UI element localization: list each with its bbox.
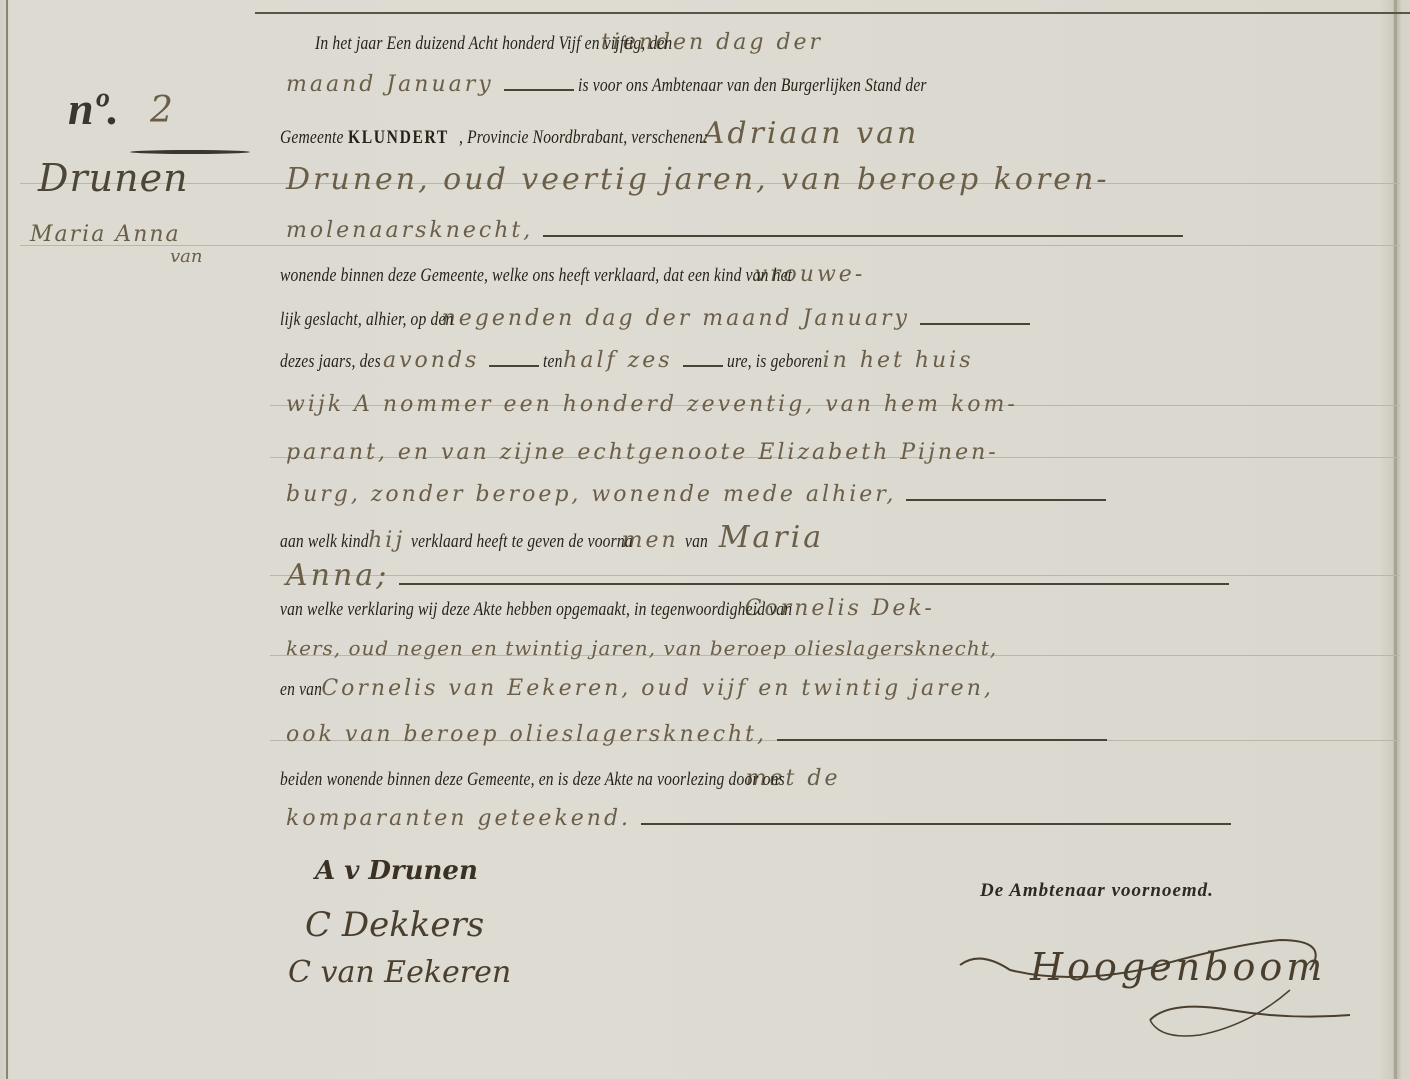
- text-line-11: burg, zonder beroep, wonende mede alhier…: [280, 482, 1110, 507]
- printed-text: wonende binnen deze Gemeente, welke ons …: [280, 265, 792, 287]
- handwritten-text: parant, en van zijne echtgenoote Elizabe…: [286, 440, 999, 465]
- text-line-6: wonende binnen deze Gemeente, welke ons …: [280, 262, 871, 287]
- handwritten-text: Maria: [719, 520, 824, 555]
- page-fold: [1394, 0, 1397, 1079]
- text-line-5: molenaarsknecht,: [280, 218, 1187, 243]
- text-line-4: Drunen, oud veertig jaren, van beroep ko…: [280, 162, 1116, 197]
- text-line-15: kers, oud negen en twintig jaren, van be…: [280, 636, 1003, 660]
- margin-given-names: Maria Anna: [30, 222, 181, 247]
- text-line-3: Gemeente KLUNDERT , Provincie Noordbraba…: [280, 116, 925, 151]
- fill-dash: [489, 365, 539, 367]
- printed-text: van welke verklaring wij deze Akte hebbe…: [280, 599, 792, 621]
- fill-dash: [777, 739, 1107, 741]
- text-line-1: In het jaar Een duizend Acht honderd Vij…: [315, 30, 829, 55]
- text-line-9: wijk A nommer een honderd zeventig, van …: [280, 392, 1024, 417]
- signature-witness-1: C Dekkers: [305, 905, 484, 945]
- page-binding-edge: [6, 0, 8, 1079]
- fill-dash: [920, 323, 1030, 325]
- printed-text: In het jaar Een duizend Acht honderd Vij…: [315, 33, 672, 55]
- handwritten-text: ook van beroep olieslagersknecht,: [286, 722, 767, 747]
- handwritten-text: in het huis: [823, 348, 974, 373]
- record-number: 2: [150, 90, 173, 131]
- printed-text: verklaard heeft te geven de voorna: [411, 531, 633, 553]
- record-number-label: nº.: [68, 82, 119, 135]
- flourish-ornament: [130, 150, 250, 154]
- handwritten-text: burg, zonder beroep, wonende mede alhier…: [286, 482, 896, 507]
- handwritten-text: hij: [368, 528, 405, 553]
- printed-text: van: [685, 531, 708, 553]
- printed-text: ten: [543, 351, 563, 373]
- closing-label: De Ambtenaar voornoemd.: [980, 880, 1214, 902]
- handwritten-text: Cornelis van Eekeren, oud vijf en twinti…: [321, 676, 994, 701]
- signature-witness-2: C van Eekeren: [288, 955, 511, 990]
- signature-flourish: [950, 930, 1370, 1050]
- text-line-8: dezes jaars, des avonds ten half zes ure…: [280, 348, 980, 373]
- margin-prefix: van: [170, 246, 203, 267]
- register-page: nº. 2 Drunen Maria Anna van In het jaar …: [0, 0, 1410, 1079]
- printed-text: Gemeente: [280, 127, 344, 149]
- text-line-14: van welke verklaring wij deze Akte hebbe…: [280, 596, 941, 621]
- handwritten-text: Adriaan van: [703, 116, 920, 151]
- printed-text: en van: [280, 679, 322, 701]
- text-line-19: komparanten geteekend.: [280, 806, 1235, 831]
- handwritten-text: avonds: [383, 348, 479, 373]
- text-line-16: en van Cornelis van Eekeren, oud vijf en…: [280, 676, 1000, 701]
- printed-text: ure, is geboren: [727, 351, 822, 373]
- printed-text: lijk geslacht, alhier, op den: [280, 309, 454, 331]
- fill-dash: [641, 823, 1231, 825]
- handwritten-text: negenden dag der maand January: [442, 306, 910, 331]
- fill-dash: [399, 583, 1229, 585]
- printed-text: aan welk kind: [280, 531, 369, 553]
- fill-dash: [683, 365, 723, 367]
- handwritten-text: Anna;: [286, 558, 389, 593]
- text-line-10: parant, en van zijne echtgenoote Elizabe…: [280, 440, 1005, 465]
- fill-dash: [906, 499, 1106, 501]
- fill-dash: [504, 89, 574, 91]
- handwritten-text: wijk A nommer een honderd zeventig, van …: [286, 392, 1018, 417]
- municipality-name: KLUNDERT: [348, 127, 449, 149]
- text-line-17: ook van beroep olieslagersknecht,: [280, 722, 1111, 747]
- text-line-18: beiden wonende binnen deze Gemeente, en …: [280, 766, 846, 791]
- printed-text: is voor ons Ambtenaar van den Burgerlijk…: [578, 75, 927, 97]
- fill-dash: [543, 235, 1183, 237]
- handwritten-text: komparanten geteekend.: [286, 806, 631, 831]
- handwritten-text: Drunen, oud veertig jaren, van beroep ko…: [286, 162, 1110, 197]
- handwritten-text: kers, oud negen en twintig jaren, van be…: [286, 636, 997, 660]
- ruled-line: [20, 245, 1400, 246]
- text-line-2: maand January is voor ons Ambtenaar van …: [280, 72, 1003, 97]
- previous-entry-rule: [255, 12, 1410, 14]
- printed-text: beiden wonende binnen deze Gemeente, en …: [280, 769, 785, 791]
- text-line-12: aan welk kind hij verklaard heeft te gev…: [280, 520, 830, 555]
- handwritten-text: maand January: [286, 72, 494, 97]
- signature-declarant: A v Drunen: [315, 856, 478, 886]
- handwritten-text: half zes: [563, 348, 672, 373]
- text-line-7: lijk geslacht, alhier, op den negenden d…: [280, 306, 1034, 331]
- printed-text: , Provincie Noordbrabant, verschenen:: [459, 127, 708, 149]
- printed-text: dezes jaars, des: [280, 351, 381, 373]
- handwritten-text: molenaarsknecht,: [286, 218, 533, 243]
- text-line-13: Anna;: [280, 558, 1233, 593]
- margin-surname: Drunen: [38, 156, 189, 200]
